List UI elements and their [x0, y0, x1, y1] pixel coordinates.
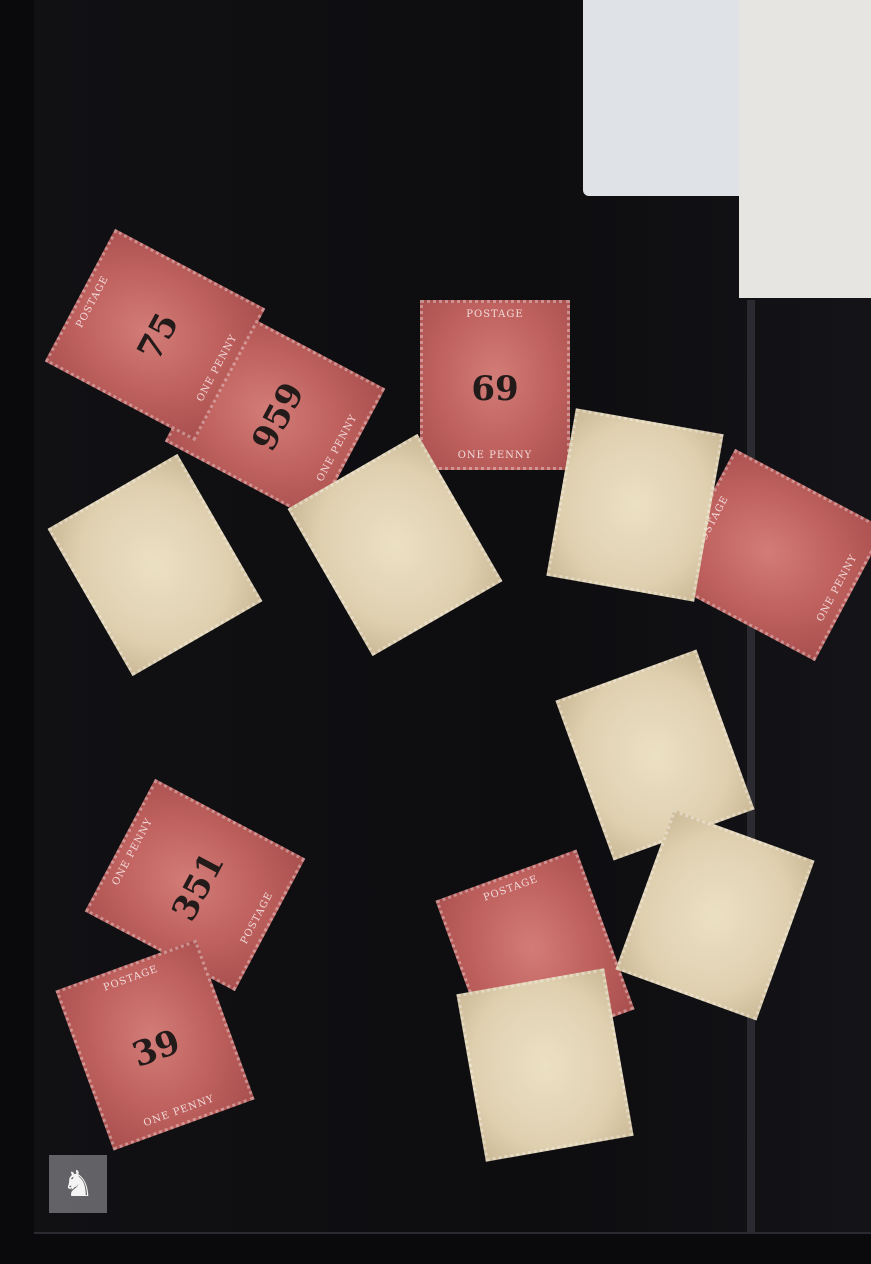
cancel-number: 959: [227, 344, 330, 490]
stamp: [456, 968, 633, 1161]
cancel-number: 351: [147, 814, 250, 960]
stamp-bottom-label: ONE PENNY: [799, 522, 871, 654]
horse-logo-icon: ♞: [49, 1155, 107, 1213]
cancel-number: 39: [82, 1005, 231, 1092]
stamp-bottom-label: POSTAGE: [219, 852, 296, 984]
stamp-top-label: POSTAGE: [61, 949, 200, 1009]
stamp-top-label: POSTAGE: [423, 309, 567, 320]
stamp-bottom-label: ONE PENNY: [423, 450, 567, 461]
cancel-number: 69: [423, 369, 567, 409]
watermark-glyph: ♞: [62, 1164, 94, 1205]
stamp-pile: POSTAGEONE PENNY959POSTAGEONE PENNY75POS…: [0, 0, 871, 1264]
stamp: POSTAGEONE PENNY69: [420, 300, 570, 470]
stamp: [48, 454, 263, 676]
cancel-number: 75: [107, 264, 210, 410]
stamp-top-label: POSTAGE: [54, 236, 131, 368]
stamp: [546, 408, 723, 601]
stamp-top-label: ONE PENNY: [94, 786, 171, 918]
stamp-bottom-label: ONE PENNY: [110, 1081, 249, 1141]
stamp-top-label: POSTAGE: [441, 859, 580, 919]
